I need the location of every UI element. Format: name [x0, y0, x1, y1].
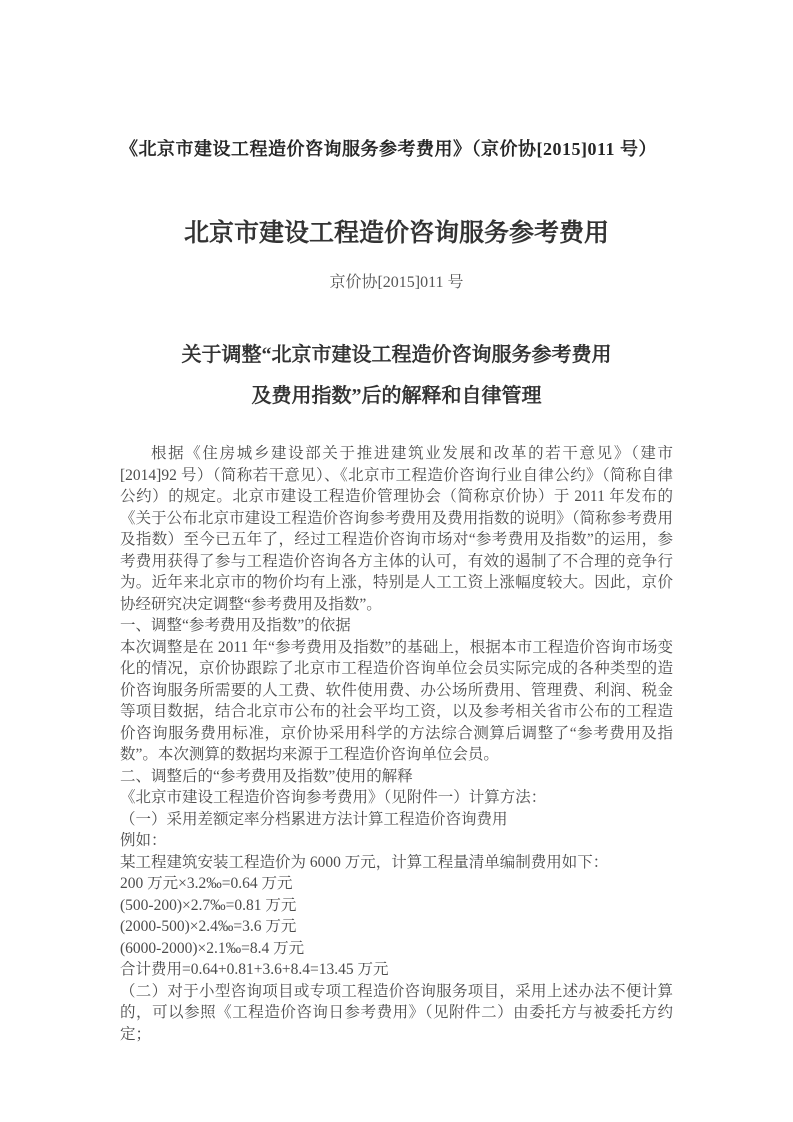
paragraph-calc-line-1: 200 万元×3.2‰=0.64 万元: [120, 873, 673, 895]
document-page: 《北京市建设工程造价咨询服务参考费用》（京价协[2015]011 号） 北京市建…: [0, 0, 793, 1122]
section-title: 关于调整“北京市建设工程造价咨询服务参考费用 及费用指数”后的解释和自律管理: [120, 335, 673, 417]
document-main-title: 北京市建设工程造价咨询服务参考费用: [120, 218, 673, 250]
page-title: 《北京市建设工程造价咨询服务参考费用》（京价协[2015]011 号）: [120, 0, 673, 160]
paragraph-example-intro: 某工程建筑安装工程造价为 6000 万元，计算工程量清单编制费用如下：: [120, 852, 673, 874]
paragraph-calc-method-intro: 《北京市建设工程造价咨询参考费用》（见附件一）计算方法：: [120, 787, 673, 809]
page-content: 《北京市建设工程造价咨询服务参考费用》（京价协[2015]011 号） 北京市建…: [120, 0, 673, 1045]
paragraph-section-2-heading: 二、调整后的“参考费用及指数”使用的解释: [120, 766, 673, 788]
section-title-line-2: 及费用指数”后的解释和自律管理: [120, 376, 673, 417]
paragraph-calc-total: 合计费用=0.64+0.81+3.6+8.4=13.45 万元: [120, 959, 673, 981]
paragraph-item-2: （二）对于小型咨询项目或专项工程造价咨询服务项目，采用上述办法不便计算的，可以参…: [120, 981, 673, 1046]
paragraph-calc-line-4: (6000-2000)×2.1‰=8.4 万元: [120, 938, 673, 960]
paragraph-calc-line-2: (500-200)×2.7‰=0.81 万元: [120, 895, 673, 917]
paragraph-example-label: 例如：: [120, 830, 673, 852]
document-body: 根据《住房城乡建设部关于推进建筑业发展和改革的若干意见》（建市[2014]92 …: [120, 443, 673, 1045]
paragraph-intro: 根据《住房城乡建设部关于推进建筑业发展和改革的若干意见》（建市[2014]92 …: [120, 443, 673, 615]
paragraph-item-1: （一）采用差额定率分档累进方法计算工程造价咨询费用: [120, 809, 673, 831]
paragraph-calc-line-3: (2000-500)×2.4‰=3.6 万元: [120, 916, 673, 938]
paragraph-section-1-heading: 一、调整“参考费用及指数”的依据: [120, 615, 673, 637]
paragraph-section-1-body: 本次调整是在 2011 年“参考费用及指数”的基础上，根据本市工程造价咨询市场变…: [120, 637, 673, 766]
section-title-line-1: 关于调整“北京市建设工程造价咨询服务参考费用: [120, 335, 673, 376]
document-number: 京价协[2015]011 号: [120, 272, 673, 294]
